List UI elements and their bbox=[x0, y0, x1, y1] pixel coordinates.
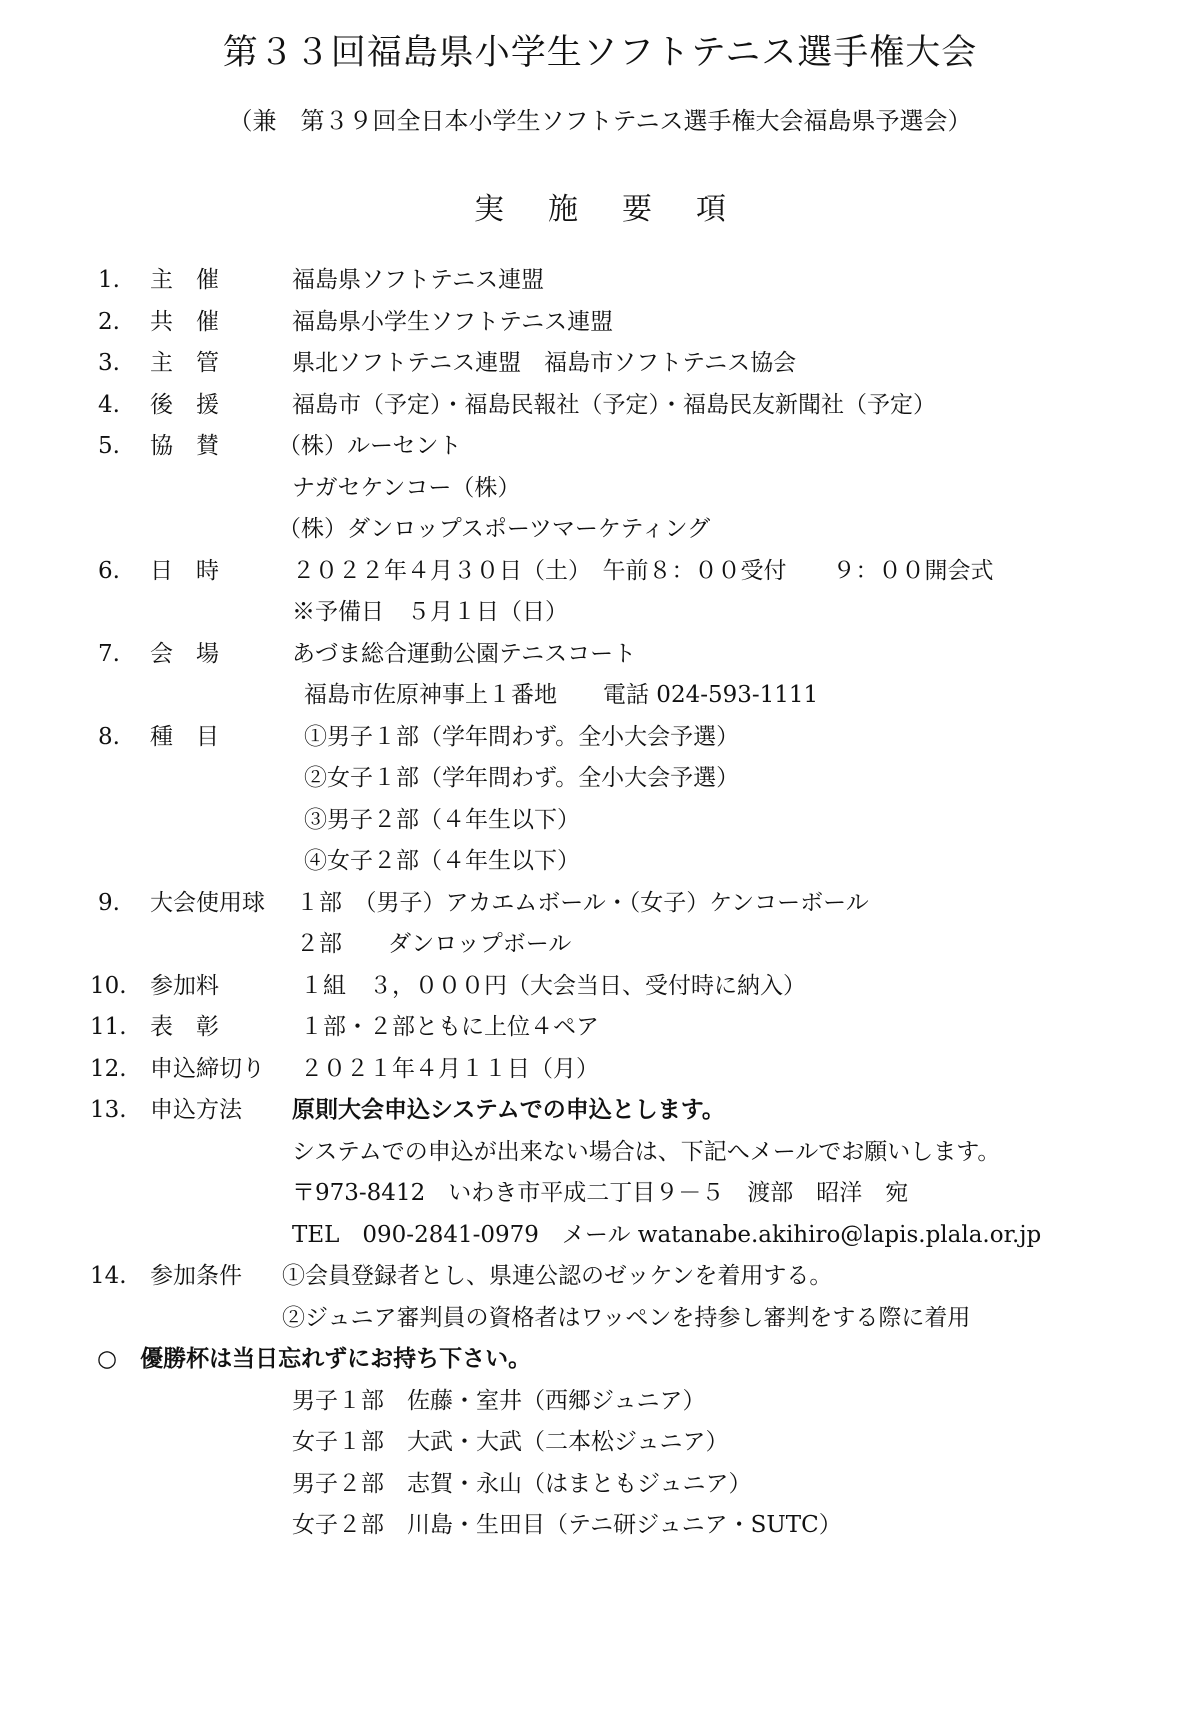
winner-entry: 男子２部 志賀・永山（はまともジュニア） bbox=[292, 1464, 752, 1504]
event-category: ③男子２部（４年生以下） bbox=[304, 800, 580, 840]
ball-line: １部 （男子）アカエムボール・（女子）ケンコーボール bbox=[296, 883, 869, 923]
contact-line[interactable]: TEL 090-2841-0979 メール watanabe.akihiro@l… bbox=[292, 1215, 1041, 1255]
item-value: 福島市（予定）・福島民報社（予定）・福島民友新聞社（予定） bbox=[292, 385, 936, 425]
item-value: 福島県小学生ソフトテニス連盟 bbox=[292, 302, 613, 342]
venue-address: 福島市佐原神事上１番地 電話 024-593-1111 bbox=[304, 675, 818, 715]
application-main: 原則大会申込システムでの申込とします。 bbox=[292, 1090, 725, 1130]
item-number: 5. bbox=[98, 426, 120, 466]
item-label: 大会使用球 bbox=[150, 883, 265, 923]
event-category: ①男子１部（学年問わず。全小大会予選） bbox=[304, 717, 739, 757]
ball-line: ２部 ダンロップボール bbox=[296, 924, 571, 964]
trophy-note: ○ 優勝杯は当日忘れずにお持ち下さい。 bbox=[97, 1339, 531, 1379]
condition-line: ①会員登録者とし、県連公認のゼッケンを着用する。 bbox=[282, 1256, 832, 1296]
item-label: 会 場 bbox=[150, 634, 219, 674]
item-value: 福島県ソフトテニス連盟 bbox=[292, 260, 544, 300]
winner-entry: 男子１部 佐藤・室井（西郷ジュニア） bbox=[292, 1381, 706, 1421]
item-number: 2. bbox=[98, 302, 120, 342]
item-label: 申込方法 bbox=[150, 1090, 242, 1130]
reserve-date: ※予備日 ５月１日（日） bbox=[292, 592, 568, 632]
item-number: 9. bbox=[98, 883, 120, 923]
item-number: 3. bbox=[98, 343, 120, 383]
item-number: 10. bbox=[90, 966, 127, 1006]
venue-name: あづま総合運動公園テニスコート bbox=[292, 634, 636, 674]
item-value: ２０２１年４月１１日（月） bbox=[300, 1049, 599, 1089]
item-value: 県北ソフトテニス連盟 福島市ソフトテニス協会 bbox=[292, 343, 796, 383]
item-label: 共 催 bbox=[150, 302, 219, 342]
item-label: 表 彰 bbox=[150, 1007, 219, 1047]
sponsor-line: （株）ダンロップスポーツマーケティング bbox=[278, 509, 710, 549]
item-label: 申込締切り bbox=[150, 1049, 265, 1089]
item-number: 7. bbox=[98, 634, 120, 674]
event-category: ④女子２部（４年生以下） bbox=[304, 841, 580, 881]
heading-char: 実 bbox=[474, 190, 504, 230]
postal-address: 〒973-8412 いわき市平成二丁目９－５ 渡部 昭洋 宛 bbox=[292, 1173, 908, 1213]
item-label: 種 目 bbox=[150, 717, 219, 757]
item-label: 参加条件 bbox=[150, 1256, 242, 1296]
item-label: 主 管 bbox=[150, 343, 219, 383]
item-number: 13. bbox=[90, 1090, 127, 1130]
heading-char: 要 bbox=[622, 190, 652, 230]
event-date: ２０２２年４月３０日（土） 午前８：００受付 ９：００開会式 bbox=[292, 551, 994, 591]
item-label: 主 催 bbox=[150, 260, 219, 300]
heading-char: 施 bbox=[548, 190, 578, 230]
document-subtitle: （兼 第３９回全日本小学生ソフトテニス選手権大会福島県予選会） bbox=[0, 104, 1200, 138]
item-number: 14. bbox=[90, 1256, 127, 1296]
application-note: システムでの申込が出来ない場合は、下記へメールでお願いします。 bbox=[292, 1132, 1000, 1172]
item-number: 8. bbox=[98, 717, 120, 757]
item-label: 後 援 bbox=[150, 385, 219, 425]
item-label: 日 時 bbox=[150, 551, 219, 591]
item-number: 6. bbox=[98, 551, 120, 591]
item-label: 参加料 bbox=[150, 966, 219, 1006]
condition-line: ②ジュニア審判員の資格者はワッペンを持参し審判をする際に着用 bbox=[282, 1298, 970, 1338]
item-number: 4. bbox=[98, 385, 120, 425]
item-number: 12. bbox=[90, 1049, 127, 1089]
item-number: 11. bbox=[90, 1007, 127, 1047]
heading-char: 項 bbox=[696, 190, 726, 230]
item-label: 協 賛 bbox=[150, 426, 219, 466]
item-number: 1. bbox=[98, 260, 120, 300]
winner-entry: 女子１部 大武・大武（二本松ジュニア） bbox=[292, 1422, 729, 1462]
document-title: 第３３回福島県小学生ソフトテニス選手権大会 bbox=[0, 30, 1200, 76]
section-heading: 実施要項 bbox=[0, 190, 1200, 230]
sponsor-line: （株）ルーセント bbox=[278, 426, 462, 466]
sponsor-line: ナガセケンコー（株） bbox=[292, 468, 520, 508]
item-value: １組 ３，０００円（大会当日、受付時に納入） bbox=[300, 966, 806, 1006]
item-value: １部・２部ともに上位４ペア bbox=[300, 1007, 599, 1047]
event-category: ②女子１部（学年問わず。全小大会予選） bbox=[304, 758, 739, 798]
winner-entry: 女子２部 川島・生田目（テニ研ジュニア・SUTC） bbox=[292, 1505, 842, 1545]
